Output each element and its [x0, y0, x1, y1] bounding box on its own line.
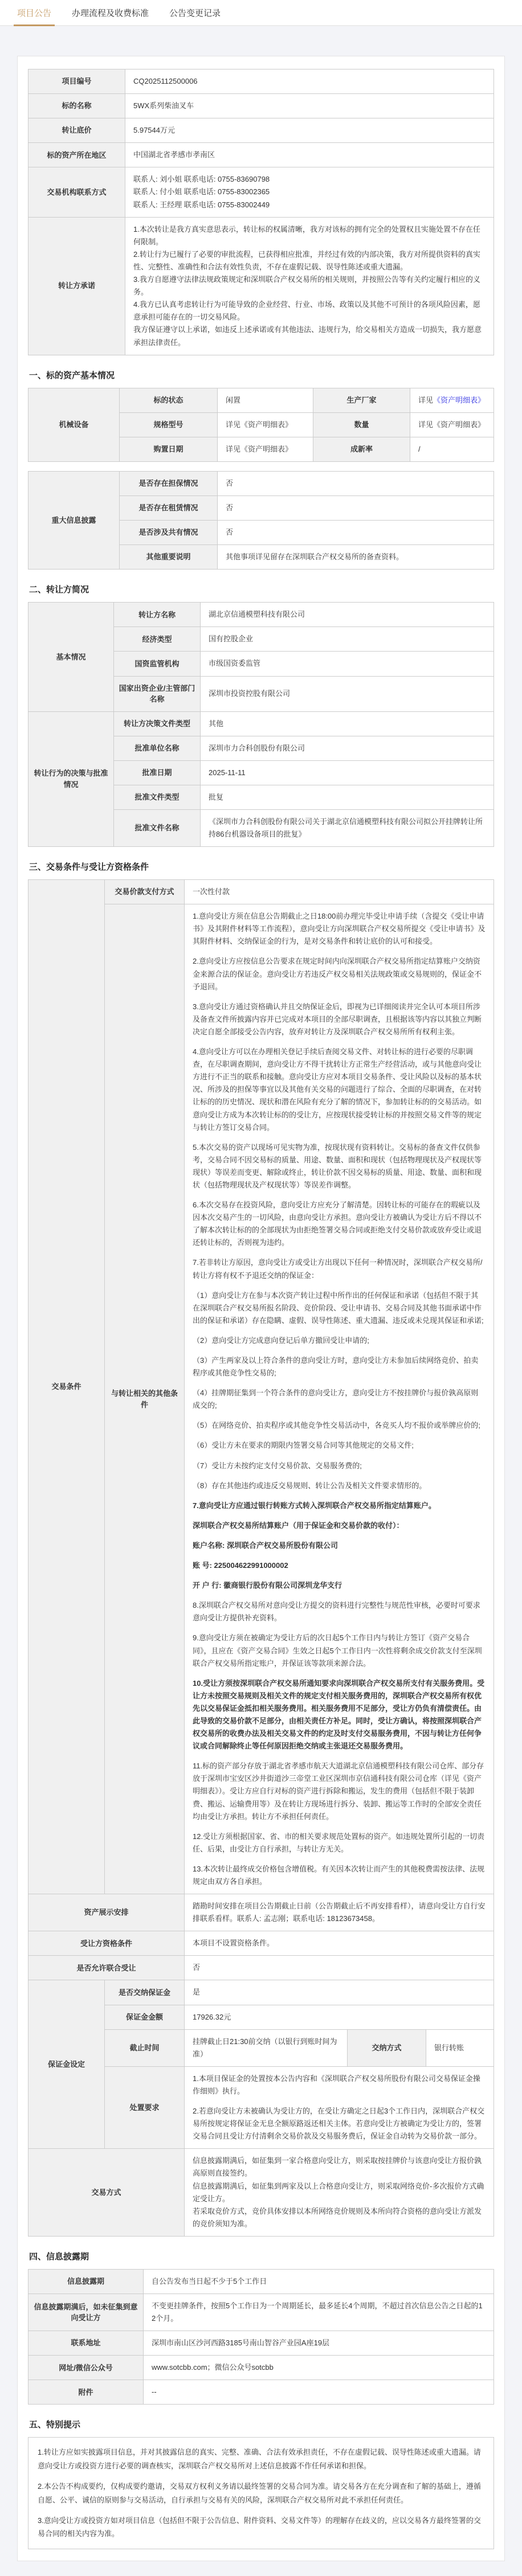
condition-paragraph: 9.意向受让方须在被确定为受让方后的次日起5个工作日内与转让方签订《资产交易合同…	[193, 1632, 486, 1669]
promise-line: 4.我方已认真考虑转让行为可能导致的企业经营、行业、市场、政策以及其他不可预计的…	[133, 298, 486, 323]
table-gap	[28, 462, 494, 471]
announcement-card: 项目编号 CQ2025112500006 标的名称 5WX系列柴油叉车 转让底价…	[17, 56, 505, 2561]
basic-info-group-label: 基本情况	[28, 603, 114, 711]
deposit-group-label: 保证金设定	[28, 1980, 105, 2149]
asset-region-label: 标的资产所在地区	[28, 143, 125, 167]
trade-mode-line: 若采取竞价方式，竞价具体安排以本所网络竞价规则及本所向符合资格的意向受让方派发的…	[193, 2205, 486, 2230]
deposit-required-label: 是否交纳保证金	[105, 1980, 185, 2005]
table-row: 资产展示安排 踏勘时间安排在项目公告期截止日前（公告期截止后不再安排看样），请意…	[28, 1894, 494, 1931]
condition-paragraph: （2）意向受让方完成意向登记后单方撤回受让申请的;	[193, 1334, 486, 1347]
table-row: 标的名称 5WX系列柴油叉车	[28, 94, 494, 118]
purchase-date-value: 详见《资产明细表》	[218, 437, 313, 461]
disclosure-period-table: 信息披露期 自公告发布当日起不少于5个工作日 信息披露期满后，如未征集到意向受让…	[28, 2269, 494, 2405]
table-row: 标的资产所在地区 中国湖北省孝感市孝南区	[28, 143, 494, 167]
quantity-value: 详见《资产明细表》	[410, 412, 494, 437]
table-row: 网址/微信公众号 www.sotcbb.com；微信公众号sotcbb	[28, 2356, 494, 2380]
table-row: 联系地址 深圳市南山区沙河西路3185号南山智谷产业园A座19层	[28, 2331, 494, 2356]
table-row: 是否允许联合受让 否	[28, 1956, 494, 1980]
special-notice-box: 1.转让方应如实披露项目信息，并对其披露信息的真实、完整、准确、合法有效承担责任…	[28, 2437, 494, 2549]
condition-paragraph: 13.本次转让最终成交价格包含增值税。有关因本次转让而产生的其他税费需按法律、法…	[193, 1863, 486, 1888]
condition-paragraph: 10.受让方须按深圳联合产权交易所通知要求向深圳联合产权交易所支付有关服务费用。…	[193, 1677, 486, 1753]
lease-label: 是否存在租赁情况	[120, 495, 218, 520]
approval-doc-type-value: 批复	[201, 785, 494, 809]
condition-paragraph: 4.意向受让方可以在办理相关登记手续后查阅交易文件、对转让标的进行必要的尽职调查…	[193, 1046, 486, 1134]
top-tab-bar: 项目公告 办理流程及收费标准 公告变更记录	[0, 0, 522, 26]
newness-rate-label: 成新率	[313, 437, 410, 461]
table-row: 交易机构联系方式 联系人: 刘小姐 联系电话: 0755-83690798 联系…	[28, 167, 494, 217]
account-number: 账 号: 225004622991000002	[193, 1559, 486, 1572]
economic-type-value: 国有控股企业	[201, 627, 494, 652]
summary-table: 项目编号 CQ2025112500006 标的名称 5WX系列柴油叉车 转让底价…	[28, 69, 494, 355]
promise-line: 3.我方自愿遵守法律法规政策规定和深圳联合产权交易所的相关规则，并按照公告等有关…	[133, 273, 486, 298]
approval-doc-name-value: 《深圳市力合科创股份有限公司关于湖北京信通模塑科技有限公司拟公开挂牌转让所持86…	[201, 809, 494, 846]
trade-conditions-table: 交易条件 交易价款支付方式 一次性付款 与转让相关的其他条件 1.意向受让方须在…	[28, 879, 494, 2237]
attachment-value: --	[144, 2380, 494, 2405]
settlement-account-heading: 深圳联合产权交易所结算账户（用于保证金和交易价款的收付）：	[193, 1520, 486, 1532]
condition-paragraph: 1.意向受让方须在信息公告期截止之日18:00前办理完毕受让申请手续（含提交《受…	[193, 910, 486, 948]
table-row: 受让方资格条件 本项目不设置资格条件。	[28, 1931, 494, 1956]
condition-paragraph: （7）受让方未按约定支付交易价款、交易服务费的;	[193, 1460, 486, 1472]
condition-paragraph: 2.意向受让方应按信息公告要求在规定时间内向深圳联合产权交易所指定结算账户交纳资…	[193, 955, 486, 993]
approval-date-label: 批准日期	[114, 760, 201, 785]
section5-title: 五、特别提示	[29, 2418, 494, 2430]
extension-rule-value: 不变更挂牌条件，按照5个工作日为一个周期延长，最多延长4个周期，不超过首次信息公…	[144, 2294, 494, 2331]
other-note-value: 其他事项详见留存在深圳联合产权交易所的备查资料。	[218, 545, 494, 570]
project-number-label: 项目编号	[28, 69, 125, 94]
notice-paragraph: 2.本公告不构成要约，仅构成要约邀请，交易双方权利义务请以最终签署的交易合同为准…	[38, 2480, 484, 2507]
table-row: 项目编号 CQ2025112500006	[28, 69, 494, 94]
table-row: 机械设备 标的状态 闲置 生产厂家 详见《资产明细表》	[28, 388, 494, 412]
base-price-value: 5.97544万元	[125, 118, 494, 143]
asset-display-label: 资产展示安排	[28, 1894, 185, 1931]
contact-line: 联系人: 付小姐 联系电话: 0755-83002365	[133, 186, 486, 198]
promise-line: 我方保证遵守以上承诺，如违反上述承诺或有其他违法、违规行为，给交易相关方造成一切…	[133, 323, 486, 349]
section1-title: 一、标的资产基本情况	[29, 369, 494, 381]
table-row: 保证金设定 是否交纳保证金 是	[28, 1980, 494, 2005]
table-row: 附件 --	[28, 2380, 494, 2405]
model-label: 规格型号	[120, 412, 218, 437]
co-ownership-label: 是否涉及共有情况	[120, 521, 218, 545]
table-row: 信息披露期满后，如未征集到意向受让方 不变更挂牌条件，按照5个工作日为一个周期延…	[28, 2294, 494, 2331]
deposit-deadline-label: 截止时间	[105, 2029, 185, 2066]
payment-method-value: 一次性付款	[185, 880, 494, 904]
promise-line: 2.转让行为已履行了必要的审批流程，已获得相应批准，并经过有效的内部决策，我方对…	[133, 248, 486, 273]
deposit-deadline-value: 挂牌截止日21:30前交纳（以银行到账时间为准）	[185, 2029, 348, 2066]
approval-doc-type-label: 批准文件类型	[114, 785, 201, 809]
approval-doc-name-label: 批准文件名称	[114, 809, 201, 846]
section3-title: 三、交易条件与受让方资格条件	[29, 861, 494, 873]
notice-paragraph: 1.转让方应如实披露项目信息，并对其披露信息的真实、完整、准确、合法有效承担责任…	[38, 2446, 484, 2472]
condition-paragraph: （1）意向受让方在参与本次资产转让过程中所作出的任何保证和承诺（包括但不限于其在…	[193, 1289, 486, 1327]
deposit-amount-label: 保证金金额	[105, 2005, 185, 2029]
table-row: 转让方承诺 1.本次转让是我方真实意思表示，转让标的权属清晰，我方对该标的拥有完…	[28, 217, 494, 355]
model-value: 详见《资产明细表》	[218, 412, 313, 437]
equipment-table: 机械设备 标的状态 闲置 生产厂家 详见《资产明细表》 规格型号 详见《资产明细…	[28, 388, 494, 462]
tab-announcement-change-log[interactable]: 公告变更记录	[169, 0, 221, 25]
promise-line: 1.本次转让是我方真实意思表示，转让标的权属清晰，我方对该标的拥有完全的处置权且…	[133, 223, 486, 248]
see-detail-prefix: 详见	[418, 396, 433, 404]
payment-method-label: 交易价款支付方式	[105, 880, 185, 904]
economic-type-label: 经济类型	[114, 627, 201, 652]
transferor-name-value: 湖北京信通模塑科技有限公司	[201, 603, 494, 627]
other-note-label: 其他重要说明	[120, 545, 218, 570]
condition-paragraph: 3.意向受让方通过资格确认并且交纳保证金后，即视为已详细阅读并完全认可本项目所涉…	[193, 1001, 486, 1038]
deposit-disposal-label: 处置要求	[105, 2066, 185, 2148]
table-row: 交易方式 信息披露期满后，如征集到一家合格意向受让方，则采取按挂牌价与该意向受让…	[28, 2149, 494, 2237]
deposit-amount-value: 17926.32元	[185, 2005, 494, 2029]
decision-group-label: 转让行为的决策与批准情况	[28, 711, 114, 847]
manufacturer-label: 生产厂家	[313, 388, 410, 412]
state-owner-value: 深圳市投资控股有限公司	[201, 676, 494, 711]
asset-display-value: 踏勘时间安排在项目公告期截止日前（公告期截止后不再安排看样），请意向受让方自行安…	[185, 1894, 494, 1931]
condition-paragraph: 12.受让方须根据国家、省、市的相关要求规范处置标的资产。如违规处置所引起的一切…	[193, 1830, 486, 1856]
disclosure-period-value: 自公告发布当日起不少于5个工作日	[144, 2269, 494, 2294]
agency-contact-value: 联系人: 刘小姐 联系电话: 0755-83690798 联系人: 付小姐 联系…	[125, 167, 494, 217]
state-owner-label: 国家出资企业/主管部门名称	[114, 676, 201, 711]
condition-paragraph: 8.深圳联合产权交易所对意向受让方提交的资料进行完整性与规范性审核，必要时可要求…	[193, 1599, 486, 1624]
guarantee-value: 否	[218, 471, 494, 495]
table-row: 转让底价 5.97544万元	[28, 118, 494, 143]
table-row: 转让行为的决策与批准情况 转让方决策文件类型 其他	[28, 711, 494, 736]
condition-paragraph: （5）在网络竞价、拍卖程序或其他竞争性交易活动中，各竞买人均不报价或举牌应价的;	[193, 1419, 486, 1432]
table-row: 重大信息披露 是否存在担保情况 否	[28, 471, 494, 495]
target-status-label: 标的状态	[120, 388, 218, 412]
condition-paragraph: 6.本次交易存在投资风险，意向受让方应充分了解清楚。因转让标的可能存在的瑕疵以及…	[193, 1199, 486, 1249]
website-wechat-value: www.sotcbb.com；微信公众号sotcbb	[144, 2356, 494, 2380]
page-body: 项目编号 CQ2025112500006 标的名称 5WX系列柴油叉车 转让底价…	[0, 26, 522, 2576]
deposit-required-value: 是	[185, 1980, 494, 2005]
approval-date-value: 2025-11-11	[201, 760, 494, 785]
target-name-value: 5WX系列柴油叉车	[125, 94, 494, 118]
base-price-label: 转让底价	[28, 118, 125, 143]
condition-paragraph: 11.标的资产部分存放于湖北省孝感市航天大道湖北京信通模塑科技有限公司仓库、部分…	[193, 1760, 486, 1823]
contact-address-value: 深圳市南山区沙河西路3185号南山智谷产业园A座19层	[144, 2331, 494, 2356]
condition-paragraph: 7.若非转让方原因，意向受让方或受让方出现以下任何一种情况时，深圳联合产权交易所…	[193, 1256, 486, 1281]
joint-transfer-label: 是否允许联合受让	[28, 1956, 185, 1980]
deposit-pay-method-value: 银行转账	[426, 2029, 494, 2066]
major-disclosure-table: 重大信息披露 是否存在担保情况 否 是否存在租赁情况 否 是否涉及共有情况 否 …	[28, 471, 494, 570]
condition-paragraph: （6）受让方未在要求的期限内签署交易合同等其他规定的交易文件;	[193, 1439, 486, 1452]
contact-line: 联系人: 王经理 联系电话: 0755-83002449	[133, 199, 486, 211]
condition-paragraph: （4）挂牌期征集到一个符合条件的意向受让方，意向受让方不按挂牌价与报价孰高原则成…	[193, 1387, 486, 1412]
manufacturer-value: 详见《资产明细表》	[410, 388, 494, 412]
transferor-name-label: 转让方名称	[114, 603, 201, 627]
section2-title: 二、转让方简况	[29, 583, 494, 595]
bank-branch: 开 户 行: 徽商银行股份有限公司深圳龙华支行	[193, 1579, 486, 1592]
newness-rate-value: /	[410, 437, 494, 461]
trade-mode-line: 信息披露期满后，如征集到两家及以上合格意向受让方，则采取网络竞价-多次报价方式确…	[193, 2180, 486, 2205]
decision-doc-type-label: 转让方决策文件类型	[114, 711, 201, 736]
section4-title: 四、信息披露期	[29, 2250, 494, 2262]
table-row: 交易条件 交易价款支付方式 一次性付款	[28, 880, 494, 904]
disposal-paragraph: 1.本项目保证金的处置按本公告内容和《深圳联合产权交易所股份有限公司交易保证金操…	[193, 2073, 486, 2098]
other-conditions-label: 与转让相关的其他条件	[105, 904, 185, 1894]
approval-unit-label: 批准单位名称	[114, 736, 201, 760]
agency-contact-label: 交易机构联系方式	[28, 167, 125, 217]
lease-value: 否	[218, 495, 494, 520]
transferee-qualification-value: 本项目不设置资格条件。	[185, 1931, 494, 1956]
transferor-promise-value: 1.本次转让是我方真实意思表示，转让标的权属清晰，我方对该标的拥有完全的处置权且…	[125, 217, 494, 355]
account-name: 账户名称: 深圳联合产权交易所股份有限公司	[193, 1539, 486, 1552]
quantity-label: 数量	[313, 412, 410, 437]
sasac-value: 市级国资委监管	[201, 652, 494, 676]
disposal-paragraph: 2.若意向受让方未被确认为受让方的，在受让方确定之日起3个工作日内，深圳联合产权…	[193, 2105, 486, 2143]
condition-paragraph: （3）产生两家及以上符合条件的意向受让方时，意向受让方未参加后续网络竞价、拍卖程…	[193, 1354, 486, 1379]
purchase-date-label: 购置日期	[120, 437, 218, 461]
attachment-label: 附件	[28, 2380, 144, 2405]
equipment-group-label: 机械设备	[28, 388, 120, 461]
major-disclosure-group-label: 重大信息披露	[28, 471, 120, 569]
deposit-pay-method-label: 交纳方式	[348, 2029, 426, 2066]
transferee-qualification-label: 受让方资格条件	[28, 1931, 185, 1956]
guarantee-label: 是否存在担保情况	[120, 471, 218, 495]
tab-process-and-fees[interactable]: 办理流程及收费标准	[72, 0, 149, 25]
notice-paragraph: 3.意向受让方或投资方如对项目信息（包括但不限于公告信息、附件资料、交易文件等）…	[38, 2514, 484, 2541]
trade-mode-value: 信息披露期满后，如征集到一家合格意向受让方，则采取按挂牌价与该意向受让方报价孰高…	[185, 2149, 494, 2237]
decision-doc-type-value: 其他	[201, 711, 494, 736]
extension-rule-label: 信息披露期满后，如未征集到意向受让方	[28, 2294, 144, 2331]
asset-region-value: 中国湖北省孝感市孝南区	[125, 143, 494, 167]
contact-address-label: 联系地址	[28, 2331, 144, 2356]
sasac-label: 国资监管机构	[114, 652, 201, 676]
deposit-disposal-value: 1.本项目保证金的处置按本公告内容和《深圳联合产权交易所股份有限公司交易保证金操…	[185, 2066, 494, 2148]
condition-paragraph: （8）存在其他违约或违反交易规则、转让公告及相关文件要求情形的。	[193, 1480, 486, 1492]
co-ownership-value: 否	[218, 521, 494, 545]
other-conditions-value: 1.意向受让方须在信息公告期截止之日18:00前办理完毕受让申请手续（含提交《受…	[185, 904, 494, 1894]
joint-transfer-value: 否	[185, 1956, 494, 1980]
target-status-value: 闲置	[218, 388, 313, 412]
trade-mode-label: 交易方式	[28, 2149, 185, 2237]
condition-paragraph: 5.本次交易的资产以现场可见实物为准，按现状现有资料转让。交易标的备查文件仅供参…	[193, 1141, 486, 1191]
trade-conditions-group-label: 交易条件	[28, 880, 105, 1894]
condition-paragraph: 7.意向受让方应通过银行转账方式转入深圳联合产权交易所指定结算账户。	[193, 1500, 486, 1512]
transferor-promise-label: 转让方承诺	[28, 217, 125, 355]
tab-project-announcement[interactable]: 项目公告	[17, 0, 51, 25]
approval-unit-value: 深圳市力合科创股份有限公司	[201, 736, 494, 760]
target-name-label: 标的名称	[28, 94, 125, 118]
table-row: 基本情况 转让方名称 湖北京信通模塑科技有限公司	[28, 603, 494, 627]
asset-detail-link[interactable]: 《资产明细表》	[433, 396, 485, 404]
project-number-value: CQ2025112500006	[125, 69, 494, 94]
trade-mode-line: 信息披露期满后，如征集到一家合格意向受让方，则采取按挂牌价与该意向受让方报价孰高…	[193, 2155, 486, 2180]
contact-line: 联系人: 刘小姐 联系电话: 0755-83690798	[133, 173, 486, 186]
transferor-table: 基本情况 转让方名称 湖北京信通模塑科技有限公司 经济类型 国有控股企业 国资监…	[28, 602, 494, 847]
disclosure-period-label: 信息披露期	[28, 2269, 144, 2294]
website-wechat-label: 网址/微信公众号	[28, 2356, 144, 2380]
table-row: 信息披露期 自公告发布当日起不少于5个工作日	[28, 2269, 494, 2294]
